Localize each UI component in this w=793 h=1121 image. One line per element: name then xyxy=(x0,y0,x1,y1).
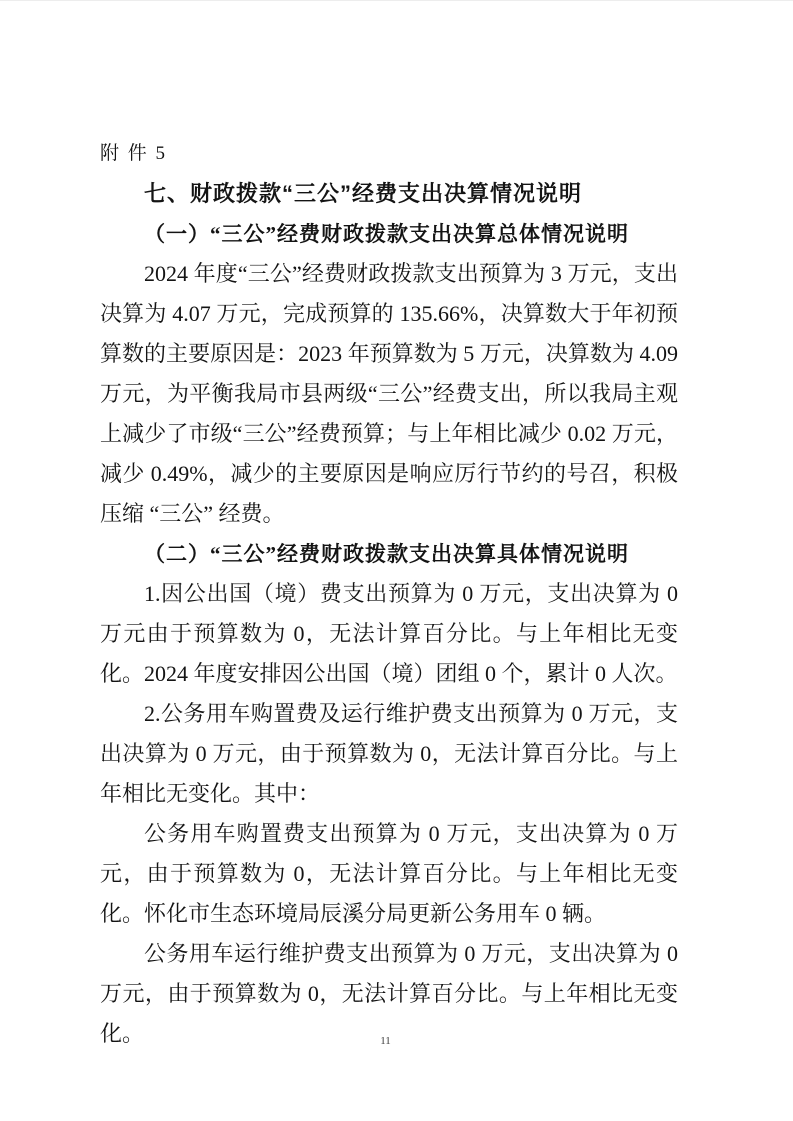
section-1-paragraph-1: 2024 年度“三公”经费财政拨款支出预算为 3 万元，支出决算为 4.07 万… xyxy=(100,254,678,534)
section-2-heading: （二）“三公”经费财政拨款支出决算具体情况说明 xyxy=(100,534,678,574)
section-1-heading: （一）“三公”经费财政拨款支出决算总体情况说明 xyxy=(100,214,678,254)
document-title: 七、财政拨款“三公”经费支出决算情况说明 xyxy=(100,174,678,214)
section-2-paragraph-2: 2.公务用车购置费及运行维护费支出预算为 0 万元，支出决算为 0 万元，由于预… xyxy=(100,694,678,814)
attachment-label: 附 件 5 xyxy=(100,134,678,174)
section-2-paragraph-3: 公务用车购置费支出预算为 0 万元，支出决算为 0 万元，由于预算数为 0，无法… xyxy=(100,814,678,934)
document-content: 附 件 5 七、财政拨款“三公”经费支出决算情况说明 （一）“三公”经费财政拨款… xyxy=(100,134,678,1054)
page-number: 11 xyxy=(0,1034,771,1048)
section-2-paragraph-1: 1.因公出国（境）费支出预算为 0 万元，支出决算为 0 万元由于预算数为 0，… xyxy=(100,574,678,694)
document-page: 附 件 5 七、财政拨款“三公”经费支出决算情况说明 （一）“三公”经费财政拨款… xyxy=(0,0,793,1121)
